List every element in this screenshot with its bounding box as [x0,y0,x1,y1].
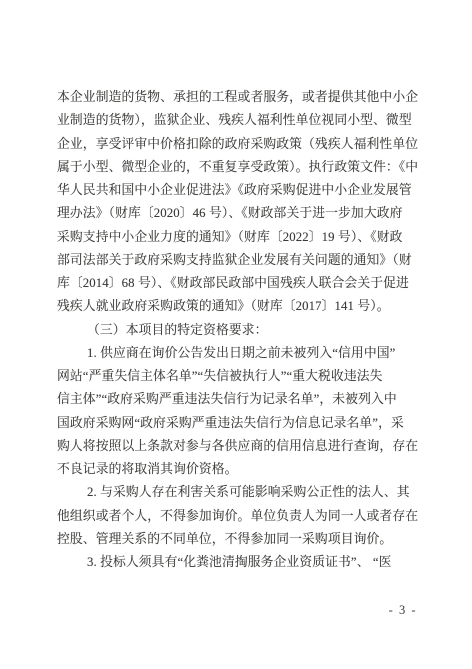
text-line: 部司法部关于政府采购支持监狱企业发展有关问题的通知》（财 [57,249,419,272]
text-line: 企业，享受评审中价格扣除的政府采购政策（残疾人福利性单位 [57,133,419,156]
document-page: 本企业制造的货物、承担的工程或者服务，或者提供其他中小企业制造的货物），监狱企业… [0,0,472,669]
text-line: 不良记录的将取消其询价资格。 [57,458,419,481]
text-line: 网站“严重失信主体名单”“失信被执行人”“重大税收违法失 [57,365,419,388]
text-line: 信主体”“政府采购严重违法失信行为记录名单”，未被列入中 [57,388,419,411]
text-line: 属于小型、微型企业的，不重复享受政策）。执行政策文件：《中 [57,156,419,179]
text-line: 国政府采购网“政府采购严重违法失信行为信息记录名单”，采 [57,412,419,435]
text-line: 控股、管理关系的不同单位，不得参加同一采购项目询价。 [57,528,419,551]
document-body-text: 本企业制造的货物、承担的工程或者服务，或者提供其他中小企业制造的货物），监狱企业… [57,86,419,574]
text-line: 购人将按照以上条款对参与各供应商的信用信息进行查询，存在 [57,435,419,458]
page-number: - 3 - [57,603,417,618]
text-line: 本企业制造的货物、承担的工程或者服务，或者提供其他中小企 [57,86,419,109]
text-line: 1. 供应商在询价公告发出日期之前未被列入“信用中国” [57,342,419,365]
text-line: 3. 投标人须具有“化粪池清掏服务企业资质证书”、 “医 [57,551,419,574]
text-line: 2. 与采购人存在利害关系可能影响采购公正性的法人、其 [57,481,419,504]
text-line: 华人民共和国中小企业促进法》《政府采购促进中小企业发展管 [57,179,419,202]
text-line: （三）本项目的特定资格要求： [57,319,419,342]
text-line: 库〔2014〕68 号）、《财政部民政部中国残疾人联合会关于促进 [57,272,419,295]
text-line: 残疾人就业政府采购政策的通知》（财库〔2017〕141 号）。 [57,295,419,318]
text-line: 业制造的货物），监狱企业、残疾人福利性单位视同小型、微型 [57,109,419,132]
text-line: 采购支持中小企业力度的通知》（财库〔2022〕19 号）、《财政 [57,226,419,249]
text-line: 他组织或者个人，不得参加询价。单位负责人为同一人或者存在 [57,505,419,528]
text-line: 理办法》（财库〔2020〕46 号）、《财政部关于进一步加大政府 [57,202,419,225]
